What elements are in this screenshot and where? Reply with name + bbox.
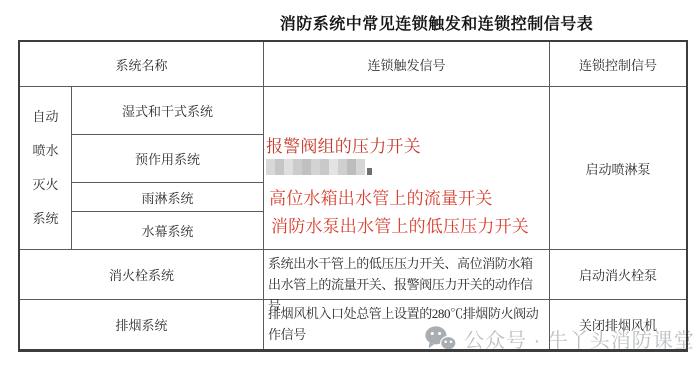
- page: { "title": "消防系统中常见连锁触发和连锁控制信号表", "table…: [0, 0, 700, 368]
- group-label-line: 灭火: [32, 168, 58, 202]
- group-label-line: 喷水: [32, 134, 58, 168]
- group-label-line: 系统: [32, 202, 58, 236]
- annotation-flow-switch: 高位水箱出水管上的流量开关: [269, 184, 493, 209]
- system-hydrant: 消火栓系统: [20, 250, 264, 300]
- trigger-hydrant: 系统出水干管上的低压压力开关、高位消防水箱出水管上的流量开关、报警阀压力开关的动…: [264, 250, 550, 300]
- control-start-spray-pump: 启动喷淋泵: [550, 87, 686, 250]
- header-control-signal: 连锁控制信号: [550, 42, 686, 87]
- subsystem-wet-dry: 湿式和干式系统: [72, 87, 264, 135]
- header-trigger-signal: 连锁触发信号: [264, 42, 550, 87]
- subsystem-water-curtain: 水幕系统: [72, 212, 264, 250]
- redacted-mosaic: [266, 159, 372, 175]
- header-system-name: 系统名称: [20, 42, 264, 87]
- annotation-pressure-switch: 报警阀组的压力开关: [266, 132, 421, 157]
- system-smoke-exhaust: 排烟系统: [20, 300, 264, 349]
- control-start-hydrant-pump: 启动消火栓泵: [550, 250, 686, 300]
- signal-table: 系统名称 连锁触发信号 连锁控制信号 自动 喷水 灭火 系统 湿式和干式系统 预…: [18, 40, 688, 352]
- sprinkler-trigger-cell: 报警阀组的压力开关 高位水箱出水管上的流量开关 消防水泵出水管上的低压压力开关: [264, 87, 550, 250]
- subsystem-deluge: 雨淋系统: [72, 183, 264, 212]
- control-close-smoke-fan: 关闭排烟风机: [550, 300, 686, 349]
- subsystem-preaction: 预作用系统: [72, 135, 264, 183]
- annotation-low-pressure-switch: 消防水泵出水管上的低压压力开关: [271, 212, 529, 237]
- trigger-smoke-exhaust: 排烟风机入口处总管上设置的280℃排烟防火阀动作信号: [264, 300, 550, 349]
- group-label-auto-sprinkler: 自动 喷水 灭火 系统: [20, 87, 72, 250]
- group-label-line: 自动: [32, 100, 58, 134]
- page-title: 消防系统中常见连锁触发和连锁控制信号表: [185, 11, 688, 34]
